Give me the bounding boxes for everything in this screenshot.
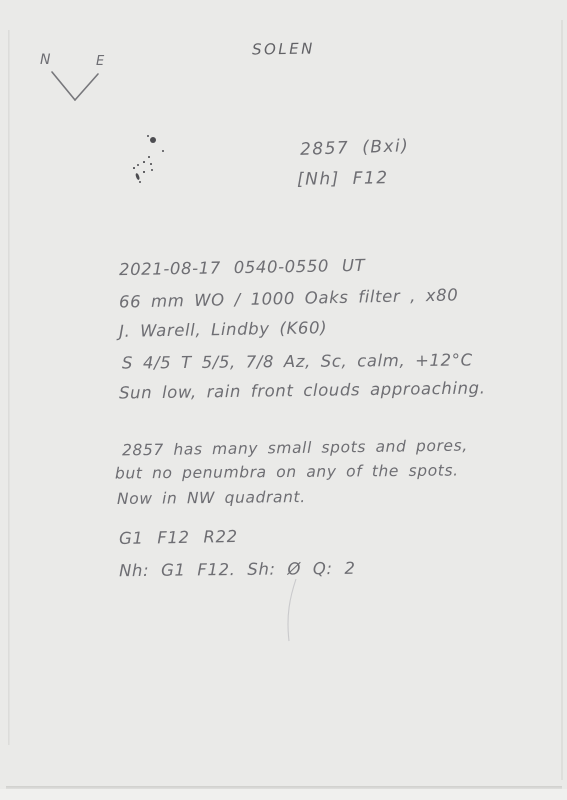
sunspot-dot [135,172,140,179]
page-title: SOLEN [252,39,315,58]
stray-pen-stroke [270,575,310,649]
paper-sheet: SOLEN N E 2857 (Bxi) [Nh] F12 2021-08-17… [0,0,567,800]
sunspot-dot [137,164,139,166]
log-equipment: 66 mm WO / 1000 Oaks filter , x80 [119,285,459,311]
log-conditions-note: Sun low, rain front clouds approaching. [119,378,486,402]
sunspot-dot [150,163,152,165]
sunspot-dot [139,181,141,183]
log-date-time: 2021-08-17 0540-0550 UT [119,256,366,279]
sunspot-dot [162,150,165,153]
sunspot-dot [143,171,144,172]
region-filament-note: [Nh] F12 [297,168,389,190]
sunspot-dot [147,135,149,137]
log-counts: G1 F12 R22 [119,527,238,548]
sunspot-dot [151,169,153,171]
compass-east-label: E [96,54,104,69]
log-conditions: S 4/5 T 5/5, 7/8 Az, Sc, calm, +12°C [122,350,473,372]
log-description-line3: Now in NW quadrant. [117,488,306,508]
log-summary: Nh: G1 F12. Sh: Ø Q: 2 [119,559,356,580]
region-designation: 2857 (Bxi) [300,136,410,160]
sunspot-dot [148,156,150,158]
compass-north-label: N [40,52,50,68]
sunspot-dot [150,137,157,144]
paper-right-edge [561,20,563,780]
compass-marker: N E [30,52,120,118]
log-description-line2: but no penumbra on any of the spots. [115,462,459,483]
sunspot-dot [133,167,135,169]
sunspot-dot [143,161,145,163]
log-observer: J. Warell, Lindby (K60) [119,318,327,341]
paper-left-edge [8,30,10,745]
paper-under-sheet [0,789,567,800]
log-description-line1: 2857 has many small spots and pores, [122,437,468,460]
